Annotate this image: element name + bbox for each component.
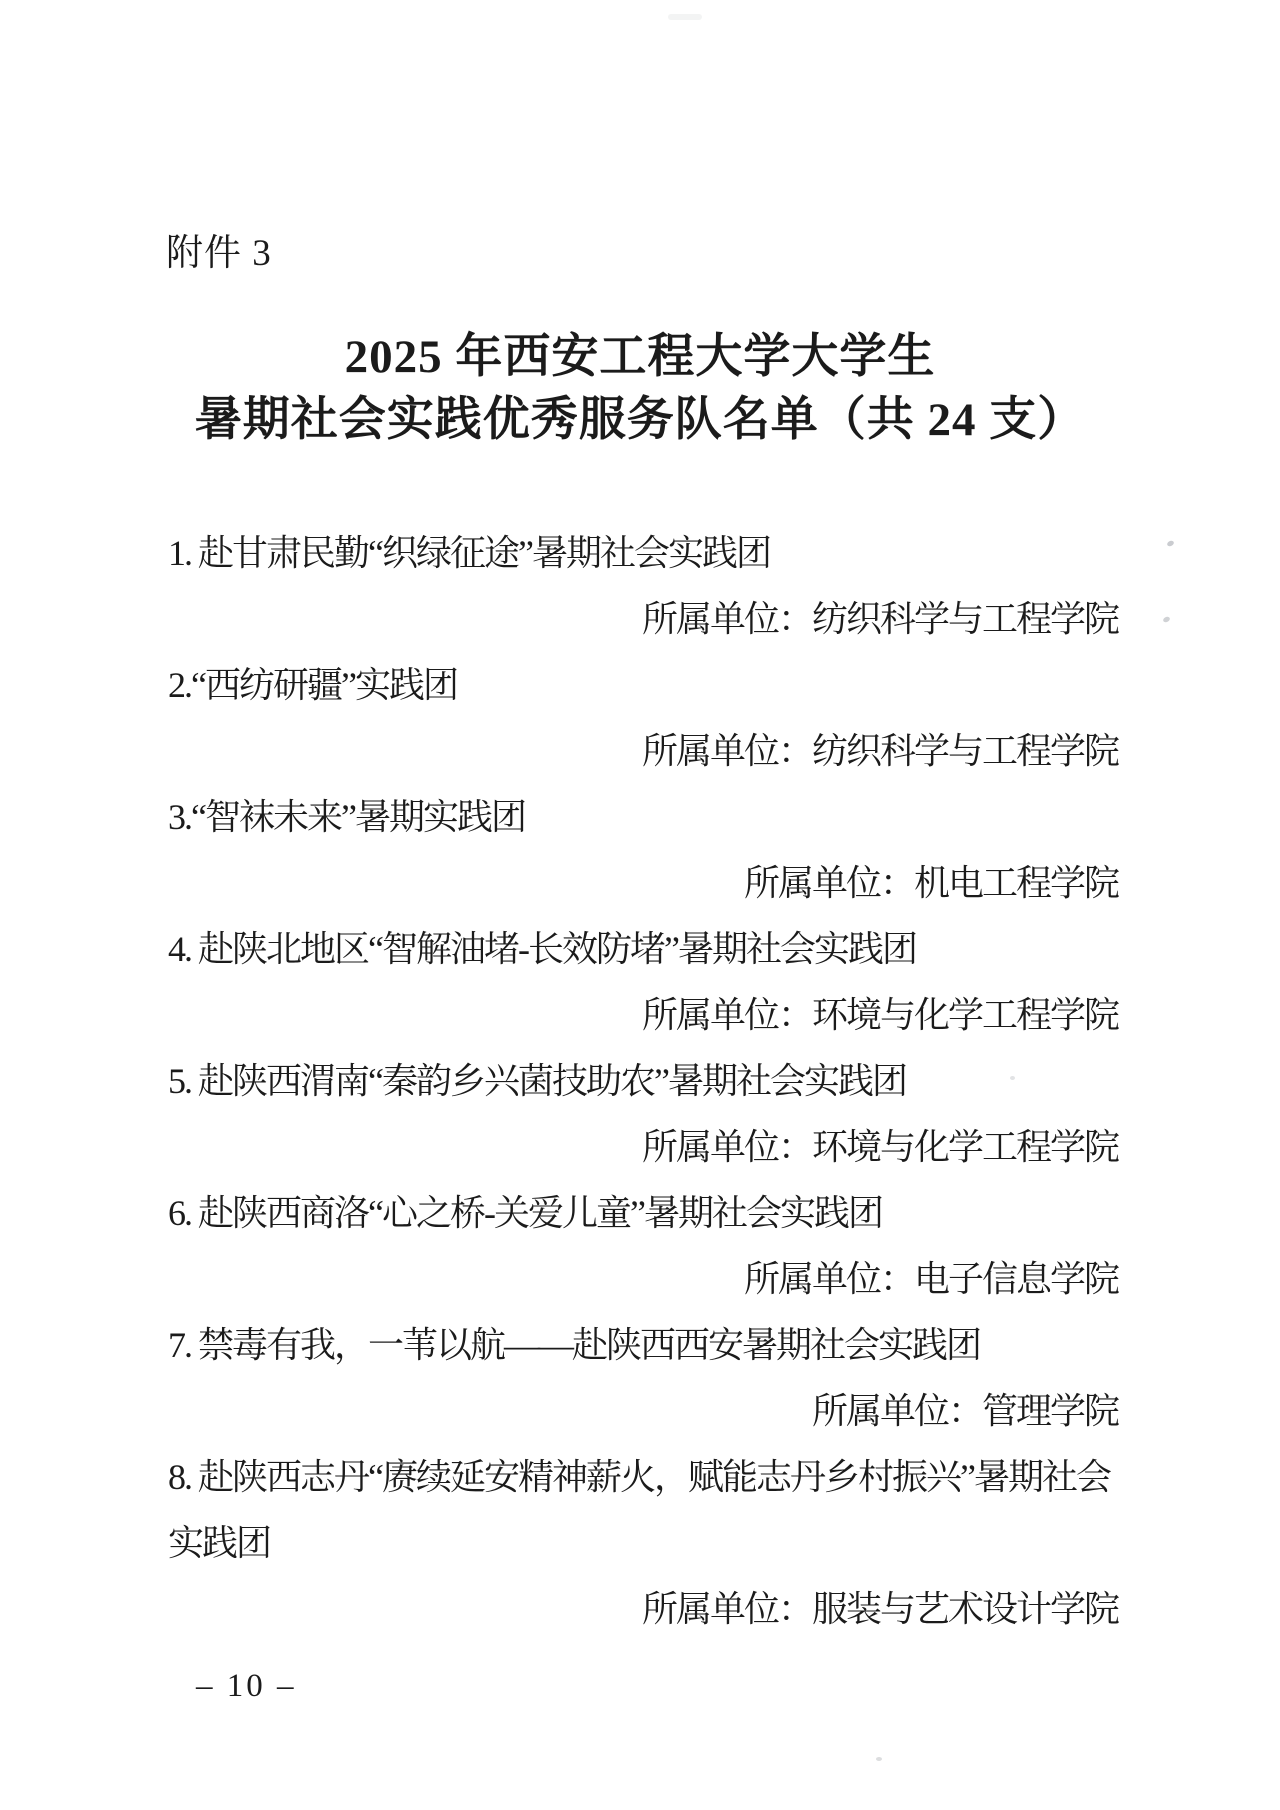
- scan-speck: [1162, 616, 1170, 623]
- document-title: 2025 年西安工程大学大学生 暑期社会实践优秀服务队名单（共 24 支）: [0, 326, 1280, 452]
- team-affiliated-unit: 所属单位：电子信息学院: [168, 1246, 1118, 1312]
- scanned-document-page: 附件 3 2025 年西安工程大学大学生 暑期社会实践优秀服务队名单（共 24 …: [0, 0, 1280, 1810]
- team-row: 6. 赴陕西商洛“心之桥-关爱儿童”暑期社会实践团 所属单位：电子信息学院: [168, 1180, 1118, 1312]
- team-affiliated-unit: 所属单位：环境与化学工程学院: [168, 982, 1118, 1048]
- team-row: 7. 禁毒有我，一苇以航——赴陕西西安暑期社会实践团 所属单位：管理学院: [168, 1312, 1118, 1444]
- attachment-label: 附件 3: [166, 222, 272, 276]
- team-row: 1. 赴甘肃民勤“织绿征途”暑期社会实践团 所属单位：纺织科学与工程学院: [168, 520, 1118, 652]
- team-list: 1. 赴甘肃民勤“织绿征途”暑期社会实践团 所属单位：纺织科学与工程学院 2.“…: [168, 520, 1118, 1642]
- team-affiliated-unit: 所属单位：管理学院: [168, 1378, 1118, 1444]
- team-name: 5. 赴陕西渭南“秦韵乡兴菌技助农”暑期社会实践团: [168, 1048, 1118, 1114]
- team-name: 4. 赴陕北地区“智解油堵-长效防堵”暑期社会实践团: [168, 916, 1118, 982]
- scan-speck: [668, 14, 702, 20]
- team-name: 6. 赴陕西商洛“心之桥-关爱儿童”暑期社会实践团: [168, 1180, 1118, 1246]
- team-affiliated-unit: 所属单位：机电工程学院: [168, 850, 1118, 916]
- team-affiliated-unit: 所属单位：纺织科学与工程学院: [168, 718, 1118, 784]
- team-name: 8. 赴陕西志丹“赓续延安精神薪火，赋能志丹乡村振兴”暑期社会实践团: [168, 1444, 1118, 1576]
- team-row: 3.“智袜未来”暑期实践团 所属单位：机电工程学院: [168, 784, 1118, 916]
- team-name: 1. 赴甘肃民勤“织绿征途”暑期社会实践团: [168, 520, 1118, 586]
- team-row: 4. 赴陕北地区“智解油堵-长效防堵”暑期社会实践团 所属单位：环境与化学工程学…: [168, 916, 1118, 1048]
- team-row: 2.“西纺研疆”实践团 所属单位：纺织科学与工程学院: [168, 652, 1118, 784]
- team-name: 3.“智袜未来”暑期实践团: [168, 784, 1118, 850]
- team-affiliated-unit: 所属单位：服装与艺术设计学院: [168, 1576, 1118, 1642]
- team-name: 7. 禁毒有我，一苇以航——赴陕西西安暑期社会实践团: [168, 1312, 1118, 1378]
- document-title-line2: 暑期社会实践优秀服务队名单（共 24 支）: [0, 389, 1280, 452]
- page-number: – 10 –: [196, 1668, 297, 1705]
- document-title-line1: 2025 年西安工程大学大学生: [0, 326, 1280, 389]
- scan-speck: [1166, 540, 1174, 547]
- team-affiliated-unit: 所属单位：环境与化学工程学院: [168, 1114, 1118, 1180]
- scan-speck: [876, 1757, 882, 1761]
- team-row: 8. 赴陕西志丹“赓续延安精神薪火，赋能志丹乡村振兴”暑期社会实践团 所属单位：…: [168, 1444, 1118, 1642]
- team-name: 2.“西纺研疆”实践团: [168, 652, 1118, 718]
- team-row: 5. 赴陕西渭南“秦韵乡兴菌技助农”暑期社会实践团 所属单位：环境与化学工程学院: [168, 1048, 1118, 1180]
- team-affiliated-unit: 所属单位：纺织科学与工程学院: [168, 586, 1118, 652]
